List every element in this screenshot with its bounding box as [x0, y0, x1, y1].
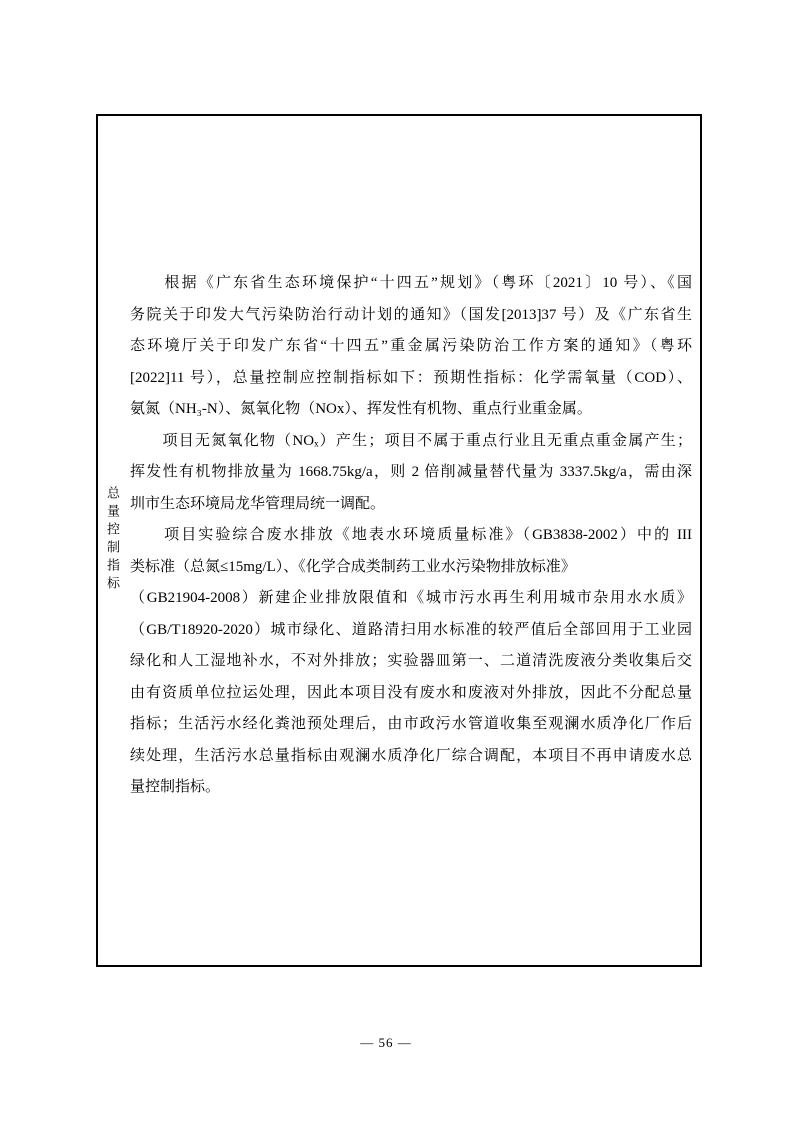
text-line: （GB21904-2008）新建企业排放限值和《城市污水再生利用城市杂用水水质》	[130, 583, 692, 615]
text-line: 态环境厅关于印发广东省“十四五”重金属污染防治工作方案的通知》（粤环	[130, 331, 692, 363]
page-footer: — 56 —	[96, 1034, 676, 1052]
text-line: 挥发性有机物排放量为 1668.75kg/a，则 2 倍削减量替代量为 3337…	[130, 457, 692, 489]
text-line: 圳市生态环境局龙华管理局统一调配。	[130, 489, 692, 521]
text-line: [2022]11 号），总量控制应控制指标如下：预期性指标：化学需氧量（COD）…	[130, 363, 692, 395]
text-line: 绿化和人工湿地补水，不对外排放；实验器皿第一、二道清洗废液分类收集后交	[130, 646, 692, 678]
section-label-vertical: 总量控制指标	[103, 486, 122, 594]
text-line: （GB/T18920-2020）城市绿化、道路清扫用水标准的较严值后全部回用于工…	[130, 615, 692, 647]
text-line: 由有资质单位拉运处理，因此本项目没有废水和废液对外排放，因此不分配总量	[130, 678, 692, 710]
text-line: 项目无氮氧化物（NOₓ）产生；项目不属于重点行业且无重点重金属产生；	[130, 426, 692, 458]
text-line: 类标准（总氮≤15mg/L）、《化学合成类制药工业水污染物排放标准》	[130, 552, 692, 584]
text-line: 氨氮（NH₃-N）、氮氧化物（NOx）、挥发性有机物、重点行业重金属。	[130, 394, 692, 426]
text-line: 量控制指标。	[130, 772, 692, 804]
page-number: — 56 —	[360, 1035, 412, 1050]
text-line: 根据《广东省生态环境保护“十四五”规划》（粤环〔2021〕10 号）、《国	[130, 268, 692, 300]
text-line: 项目实验综合废水排放《地表水环境质量标准》（GB3838-2002）中的 III	[130, 520, 692, 552]
text-line: 续处理，生活污水总量指标由观澜水质净化厂综合调配，本项目不再申请废水总	[130, 741, 692, 773]
text-line: 务院关于印发大气污染防治行动计划的通知》（国发[2013]37 号）及《广东省生	[130, 300, 692, 332]
body-text-block: 根据《广东省生态环境保护“十四五”规划》（粤环〔2021〕10 号）、《国 务院…	[130, 268, 692, 804]
text-line: 指标；生活污水经化粪池预处理后，由市政污水管道收集至观澜水质净化厂作后	[130, 709, 692, 741]
